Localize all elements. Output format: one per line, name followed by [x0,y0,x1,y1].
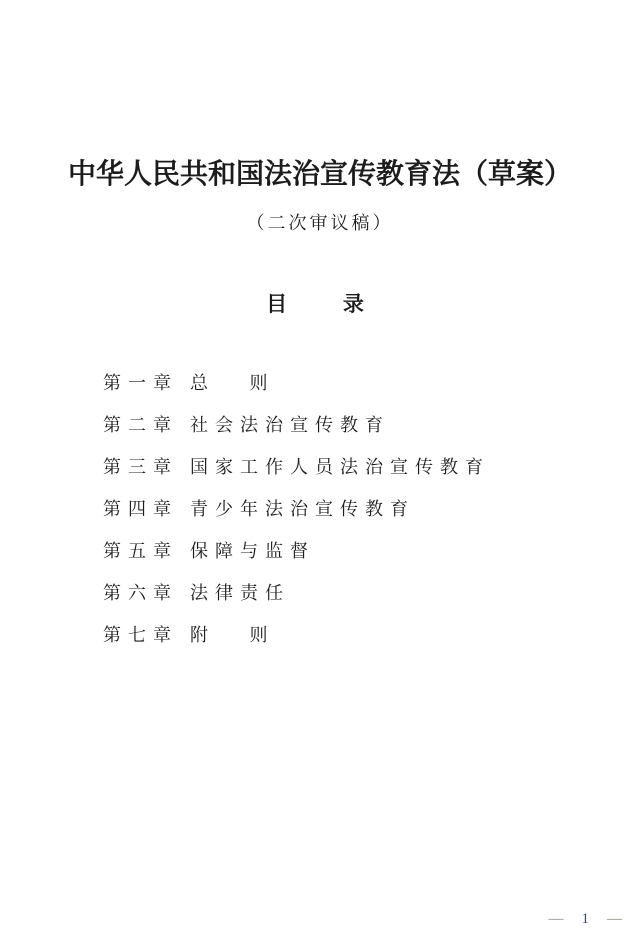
page-number: — 1 — [549,910,623,928]
toc-chapter-label: 第五章 [103,537,178,563]
toc-item-chapter-5: 第五章 保障与监督 [103,529,490,571]
toc-chapter-title: 总 则 [190,369,275,395]
page-number-value: 1 [582,910,590,928]
page-number-dash-right: — [607,910,622,928]
toc-item-chapter-7: 第七章 附 则 [103,613,490,655]
toc-chapter-label: 第七章 [103,621,178,647]
toc-chapter-title: 保障与监督 [190,537,315,563]
toc-chapter-title: 法律责任 [190,579,290,605]
toc-chapter-title: 国家工作人员法治宣传教育 [190,453,490,479]
document-title: 中华人民共和国法治宣传教育法（草案） [0,152,640,192]
toc-chapter-title: 附 则 [190,621,275,647]
toc-item-chapter-1: 第一章 总 则 [103,361,490,403]
toc-chapter-title: 社会法治宣传教育 [190,411,390,437]
toc-item-chapter-6: 第六章 法律责任 [103,571,490,613]
toc-chapter-label: 第三章 [103,453,178,479]
toc-chapter-label: 第四章 [103,495,178,521]
toc-chapter-label: 第一章 [103,369,178,395]
toc-item-chapter-4: 第四章 青少年法治宣传教育 [103,487,490,529]
toc-chapter-label: 第二章 [103,411,178,437]
toc-item-chapter-3: 第三章 国家工作人员法治宣传教育 [103,445,490,487]
toc-heading: 目 录 [0,288,640,318]
toc-chapter-title: 青少年法治宣传教育 [190,495,415,521]
toc-chapter-label: 第六章 [103,579,178,605]
toc-list: 第一章 总 则 第二章 社会法治宣传教育 第三章 国家工作人员法治宣传教育 第四… [103,361,490,655]
document-page: 中华人民共和国法治宣传教育法（草案） （二次审议稿） 目 录 第一章 总 则 第… [0,0,640,947]
toc-item-chapter-2: 第二章 社会法治宣传教育 [103,403,490,445]
page-number-dash-left: — [549,910,564,928]
document-subtitle: （二次审议稿） [0,209,640,235]
